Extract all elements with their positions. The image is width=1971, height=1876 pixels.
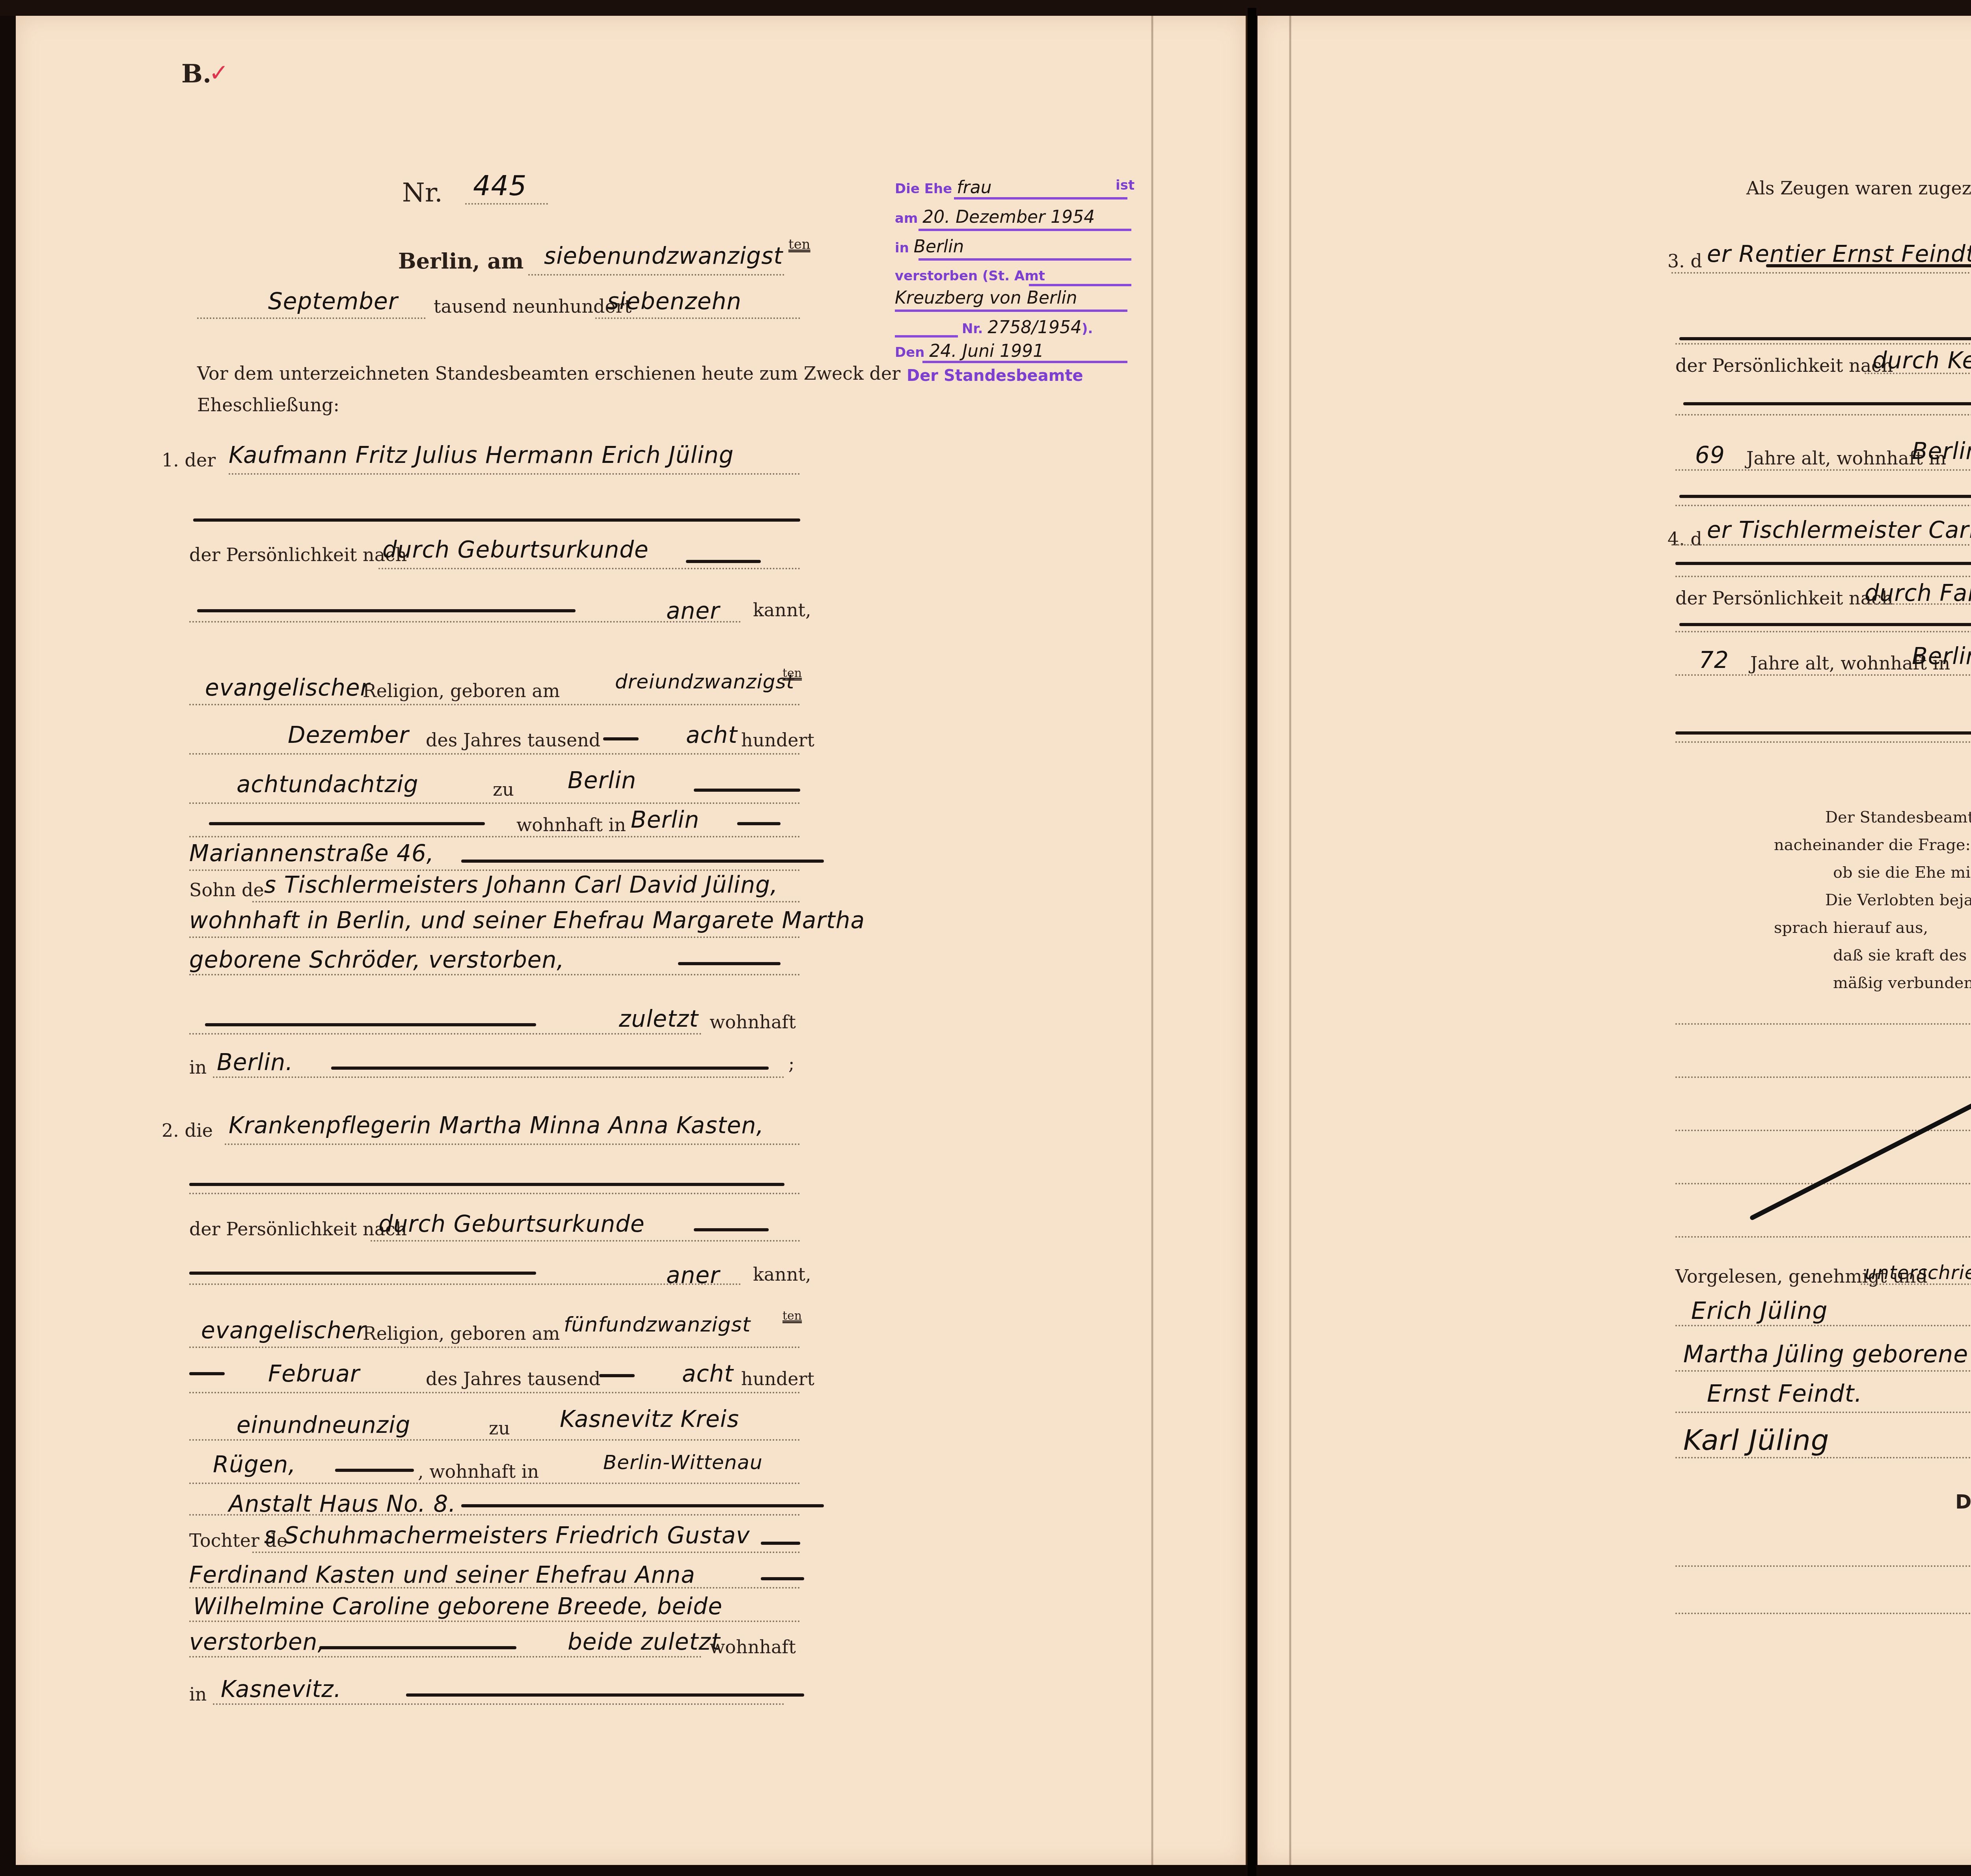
bride-identity-label: der Persönlichkeit nach <box>189 1218 407 1240</box>
hundert-label: hundert <box>741 729 814 751</box>
declaration-line: nacheinander die Frage: <box>1774 836 1971 854</box>
signature-witness-4: Karl Jüling <box>1683 1423 1829 1456</box>
zu-label: zu <box>489 1417 510 1439</box>
groom-residence: Berlin <box>631 806 699 833</box>
ordinal-suffix: ten <box>782 666 802 680</box>
left-page: B. ✓ Nr. 445 Berlin, am siebenundzwanzig… <box>16 16 1247 1865</box>
record-number-label: Nr. <box>402 177 443 208</box>
stamp-handwritten-place: Berlin <box>914 237 964 257</box>
groom-address: Mariannenstraße 46, <box>189 840 434 867</box>
groom-known: aner <box>666 597 720 624</box>
declaration-line: daß sie kraft des Bürgerlichen Gesetzbuc… <box>1833 946 1971 964</box>
intro-text-line2: Eheschließung: <box>197 394 339 416</box>
witness-3-address: Berlin Melchiorstraße 45. <box>1912 438 1971 464</box>
groom-parents-line2: wohnhaft in Berlin, und seiner Ehefrau M… <box>189 907 865 934</box>
bride-identity: durch Geburtsurkunde <box>378 1210 645 1237</box>
hundert-label: hundert <box>741 1368 814 1389</box>
bride-parents-line3: Wilhelmine Caroline geborene Breede, bei… <box>193 1593 723 1620</box>
stamp-title: Der Standesbeamte <box>907 367 1083 385</box>
stamp-handwritten-office: Kreuzberg von Berlin <box>895 288 1077 308</box>
witness-3-index: 3. d <box>1667 250 1702 272</box>
groom-parents-line4: zuletzt <box>619 1005 699 1032</box>
groom-birthplace: Berlin <box>568 767 636 794</box>
declaration-line: ob sie die Ehe miteinander eingehen woll… <box>1833 863 1971 882</box>
residence-label: wohnhaft in <box>516 814 626 835</box>
groom-religion: evangelischer <box>205 674 370 701</box>
stamp-handwritten-date: 24. Juni 1991 <box>929 341 1044 361</box>
page-fold <box>1151 16 1153 1865</box>
bride-century: acht <box>682 1360 734 1387</box>
bride-parents-line4b: beide zuletzt <box>568 1628 720 1655</box>
witness-3-name: er Rentier Ernst Feindt, <box>1707 241 1971 267</box>
in-label: in <box>189 1057 207 1078</box>
right-page: Als Zeugen waren zugezogen und erschiene… <box>1257 16 1971 1865</box>
stamp-text: ist <box>1116 177 1135 193</box>
groom-identity: durch Geburtsurkunde <box>382 536 649 563</box>
bride-index: 2. die <box>162 1120 213 1141</box>
groom-name: Kaufmann Fritz Julius Hermann Erich Jüli… <box>229 442 734 468</box>
signature-bride: Martha Jüling geborene Kasten <box>1683 1341 1971 1368</box>
witness-3-age: 69 <box>1695 442 1725 468</box>
bride-birthplace-2: Rügen, <box>213 1451 296 1478</box>
end-mark: ; <box>788 1053 795 1074</box>
witness-4-address: Berlin Mariannenstraße 46. <box>1912 643 1971 669</box>
year-of-label: des Jahres tausend <box>426 1368 600 1389</box>
groom-century: acht <box>686 722 738 748</box>
check-mark-icon: ✓ <box>209 59 229 87</box>
ordinal-suffix: ten <box>788 237 810 252</box>
bride-name: Krankenpflegerin Martha Minna Anna Kaste… <box>229 1112 764 1139</box>
zu-label: zu <box>493 779 514 800</box>
book-top-edge <box>0 0 1971 16</box>
record-number: 445 <box>473 170 527 202</box>
stamp-handwritten-date: 20. Dezember 1954 <box>922 207 1095 227</box>
stamp-text: ). <box>1082 321 1093 337</box>
ordinal-suffix: ten <box>782 1309 802 1323</box>
parents-residence-label: wohnhaft <box>710 1636 796 1658</box>
groom-birth-month: Dezember <box>288 722 409 748</box>
groom-parents-city: Berlin. <box>217 1049 293 1076</box>
declaration-line: sprach hierauf aus, <box>1774 919 1928 937</box>
groom-index: 1. der <box>162 449 216 471</box>
declaration-line: mäßig verbundene Eheleute seien. <box>1833 974 1971 992</box>
bride-birth-month: Februar <box>268 1360 360 1387</box>
stamp-text: Nr. <box>962 321 983 337</box>
witness-4-age: 72 <box>1699 647 1729 673</box>
in-label: in <box>189 1684 207 1705</box>
known-label: kannt, <box>753 599 811 621</box>
bride-parents-line2: Ferdinand Kasten und seiner Ehefrau Anna <box>189 1561 695 1588</box>
stamp-text: Die Ehe <box>895 181 952 197</box>
place-label: Berlin, am <box>398 248 523 274</box>
witness-intro: Als Zeugen waren zugezogen und erschiene… <box>1746 177 1971 199</box>
stamp-text: in <box>895 240 909 256</box>
parents-residence-label: wohnhaft <box>710 1011 796 1033</box>
witness-4-identity-label: der Persönlichkeit nach <box>1675 587 1893 609</box>
death-annotation-stamp: Die Ehe frau ist am 20. Dezember 1954 in… <box>895 170 1147 375</box>
bride-parents-line1: s Schuhmachermeisters Friedrich Gustav <box>264 1522 750 1549</box>
bride-birth-year: einundneunzig <box>237 1412 410 1438</box>
year-handwritten: siebenzehn <box>607 288 741 315</box>
witness-3-identity: durch Kennkarte <box>1872 347 1971 374</box>
bride-birth-day: fünfundzwanzigst <box>564 1313 751 1337</box>
declaration-line: Der Standesbeamte richtete an die Verlob… <box>1825 808 1971 826</box>
bride-religion: evangelischer <box>201 1317 366 1344</box>
signature-witness-3: Ernst Feindt. <box>1707 1380 1862 1408</box>
residence-label: , wohnhaft in <box>418 1461 539 1482</box>
stamp-handwritten: frau <box>957 177 991 198</box>
stamp-text: verstorben (St. Amt <box>895 268 1045 284</box>
closing-handwritten: unterschrieben <box>1865 1262 1971 1284</box>
groom-parents-line1: s Tischlermeisters Johann Carl David Jül… <box>264 871 778 898</box>
intro-text-line1: Vor dem unterzeichneten Standesbeamten e… <box>197 363 900 384</box>
witness-3-identity-label: der Persönlichkeit nach <box>1675 355 1893 376</box>
bride-parents-line4a: verstorben, <box>189 1628 325 1655</box>
known-label: kannt, <box>753 1264 811 1285</box>
stamp-handwritten-number: 2758/1954 <box>987 317 1082 338</box>
groom-identity-label: der Persönlichkeit nach <box>189 544 407 565</box>
religion-label: Religion, geboren am <box>363 1323 560 1344</box>
page-fold <box>1289 16 1291 1865</box>
bride-parents-city: Kasnevitz. <box>221 1676 341 1703</box>
bride-residence: Berlin-Wittenau <box>603 1451 763 1474</box>
groom-birth-year: achtundachtzig <box>237 771 419 798</box>
groom-birth-day: dreiundzwanzigst <box>615 670 794 693</box>
stamp-text: Den <box>895 345 925 360</box>
day-handwritten: siebenundzwanzigst <box>544 242 783 269</box>
section-mark: B. <box>181 59 211 89</box>
witness-4-name: er Tischlermeister Carl Jüling, <box>1707 517 1971 543</box>
stamp-text: am <box>895 211 918 226</box>
month-handwritten: September <box>268 288 398 315</box>
bride-birthplace: Kasnevitz Kreis <box>560 1406 739 1432</box>
year-of-label: des Jahres tausend <box>426 729 600 751</box>
year-label: tausend neunhundert <box>434 296 632 317</box>
bride-address: Anstalt Haus No. 8. <box>229 1490 456 1517</box>
book-gutter <box>1248 8 1256 1876</box>
declaration-line: Die Verlobten bejahten diese Frage und d… <box>1825 891 1971 909</box>
parents-label: Sohn de <box>189 879 264 901</box>
witness-4-identity: durch Familienbuch <box>1865 580 1971 606</box>
signature-groom: Erich Jüling <box>1691 1297 1828 1325</box>
witness-4-index: 4. d <box>1667 528 1702 550</box>
groom-parents-line3: geborene Schröder, verstorben, <box>189 946 564 973</box>
religion-label: Religion, geboren am <box>363 680 560 701</box>
registrar-title: Der Standesbeamte. <box>1955 1490 1971 1513</box>
